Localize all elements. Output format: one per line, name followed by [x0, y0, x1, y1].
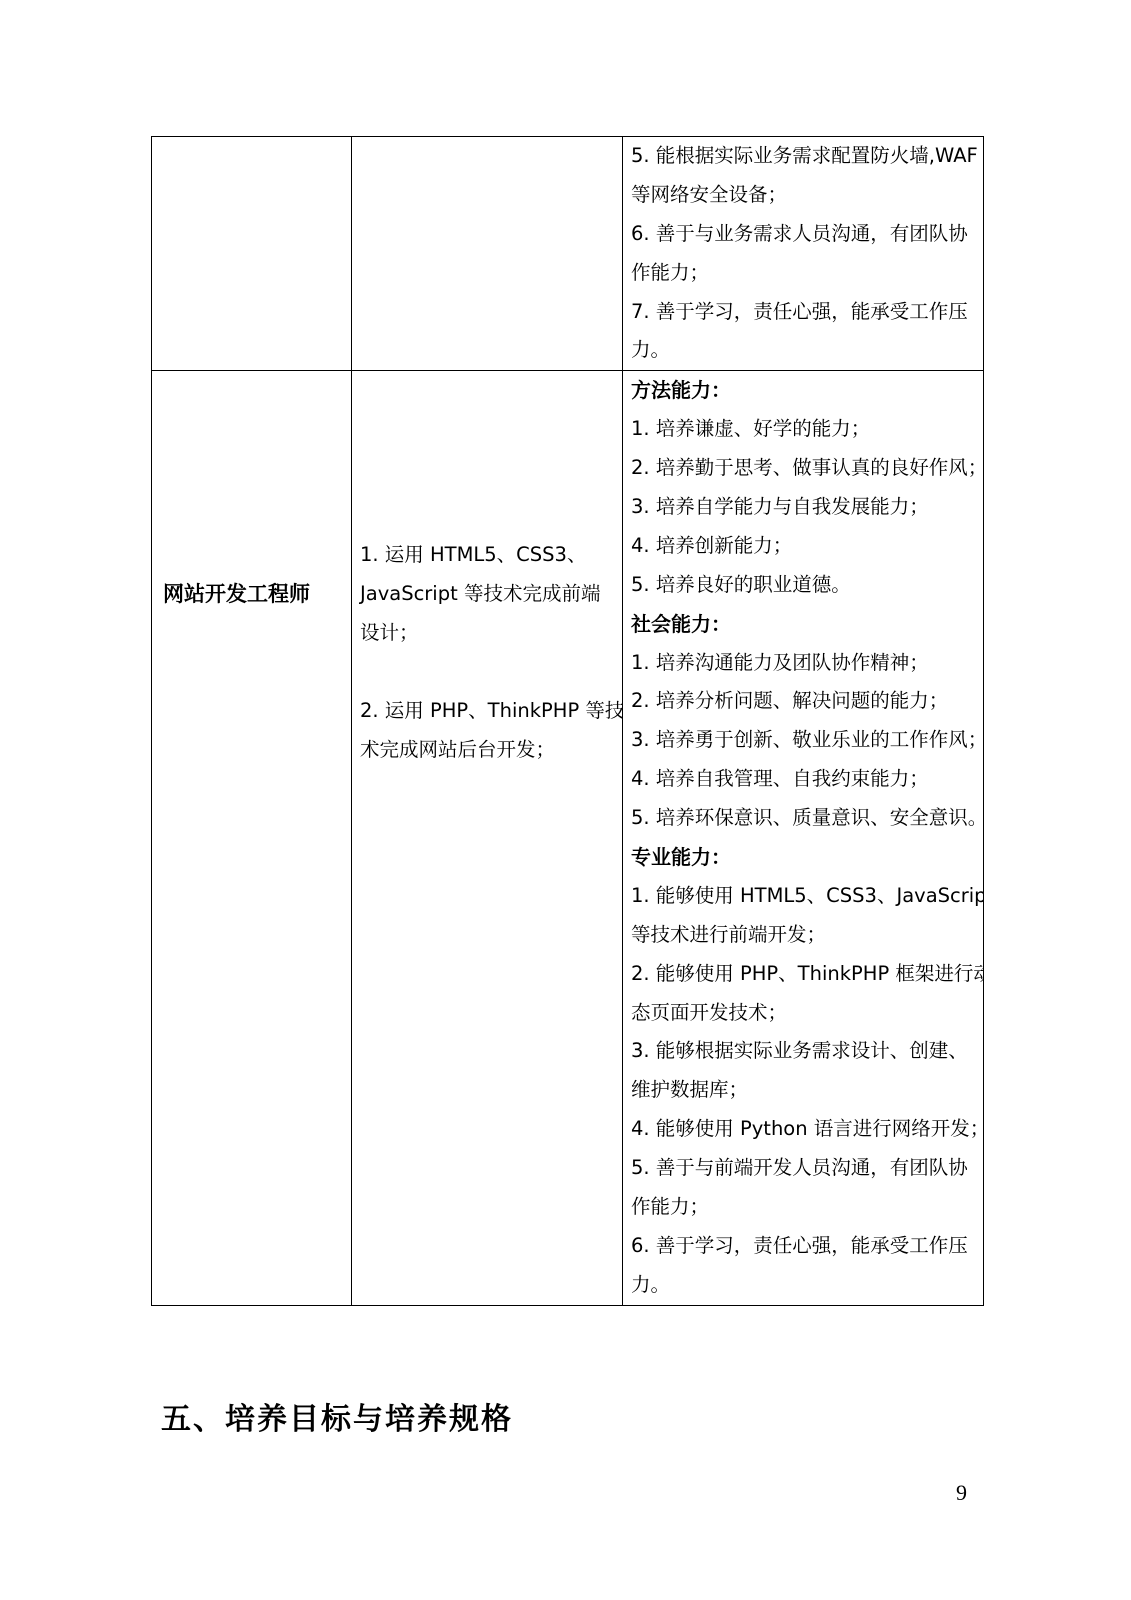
- page-number: 9: [956, 1480, 967, 1506]
- section-heading: 五、培养目标与培养规格: [161, 1398, 513, 1442]
- ability-line: 4. 能够使用 Python 语言进行网络开发；: [623, 1110, 983, 1149]
- ability-line: 力。: [623, 1266, 983, 1305]
- job-cell: 网站开发工程师: [152, 371, 352, 1305]
- document-page: { "document": { "heading": "五、培养目标与培养规格"…: [0, 0, 1131, 1600]
- tasks-cell-empty: [352, 137, 623, 371]
- ability-line: 等技术进行前端开发；: [623, 916, 983, 955]
- ability-line: 2. 培养勤于思考、做事认真的良好作风；: [623, 449, 983, 488]
- ability-line: 2. 培养分析问题、解决问题的能力；: [623, 682, 983, 721]
- task-line-blank: [352, 653, 622, 692]
- ability-line: 态页面开发技术；: [623, 994, 983, 1033]
- ability-line: 5. 培养良好的职业道德。: [623, 566, 983, 605]
- ability-line: 3. 能够根据实际业务需求设计、创建、: [623, 1032, 983, 1071]
- table-row-web-developer: 网站开发工程师 1. 运用 HTML5、CSS3、 JavaScript 等技术…: [152, 371, 984, 1305]
- ability-line: 5. 善于与前端开发人员沟通，有团队协: [623, 1149, 983, 1188]
- task-line: 2. 运用 PHP、ThinkPHP 等技: [352, 692, 622, 731]
- ability-line: 1. 培养谦虚、好学的能力；: [623, 410, 983, 449]
- ability-line: 6. 善于学习，责任心强，能承受工作压: [623, 1227, 983, 1266]
- ability-line: 5. 能根据实际业务需求配置防火墙,WAF: [623, 137, 983, 176]
- ability-line: 作能力；: [623, 254, 983, 293]
- ability-line: 4. 培养创新能力；: [623, 527, 983, 566]
- ability-section-header: 方法能力：: [623, 371, 983, 410]
- task-line: 设计；: [352, 614, 622, 653]
- job-title: 网站开发工程师: [152, 581, 351, 608]
- ability-line: 1. 培养沟通能力及团队协作精神；: [623, 644, 983, 683]
- ability-line: 5. 培养环保意识、质量意识、安全意识。: [623, 799, 983, 838]
- ability-line: 2. 能够使用 PHP、ThinkPHP 框架进行动: [623, 955, 983, 994]
- abilities-cell-continued: 5. 能根据实际业务需求配置防火墙,WAF 等网络安全设备； 6. 善于与业务需…: [623, 137, 984, 371]
- ability-line: 3. 培养勇于创新、敬业乐业的工作作风；: [623, 721, 983, 760]
- task-line: JavaScript 等技术完成前端: [352, 575, 622, 614]
- ability-line: 力。: [623, 331, 983, 370]
- competency-table: 5. 能根据实际业务需求配置防火墙,WAF 等网络安全设备； 6. 善于与业务需…: [151, 136, 984, 1306]
- task-line: 术完成网站后台开发；: [352, 731, 622, 770]
- tasks-cell: 1. 运用 HTML5、CSS3、 JavaScript 等技术完成前端 设计；…: [352, 371, 623, 1305]
- ability-line: 等网络安全设备；: [623, 176, 983, 215]
- task-line: 1. 运用 HTML5、CSS3、: [352, 536, 622, 575]
- ability-line: 4. 培养自我管理、自我约束能力；: [623, 760, 983, 799]
- ability-line: 6. 善于与业务需求人员沟通，有团队协: [623, 215, 983, 254]
- ability-section-header: 专业能力：: [623, 838, 983, 877]
- table-row-continued: 5. 能根据实际业务需求配置防火墙,WAF 等网络安全设备； 6. 善于与业务需…: [152, 137, 984, 371]
- ability-line: 作能力；: [623, 1188, 983, 1227]
- job-cell-empty: [152, 137, 352, 371]
- ability-line: 3. 培养自学能力与自我发展能力；: [623, 488, 983, 527]
- ability-section-header: 社会能力：: [623, 605, 983, 644]
- ability-line: 7. 善于学习，责任心强，能承受工作压: [623, 293, 983, 332]
- abilities-cell: 方法能力： 1. 培养谦虚、好学的能力； 2. 培养勤于思考、做事认真的良好作风…: [623, 371, 984, 1305]
- ability-line: 维护数据库；: [623, 1071, 983, 1110]
- ability-line: 1. 能够使用 HTML5、CSS3、JavaScript: [623, 877, 983, 916]
